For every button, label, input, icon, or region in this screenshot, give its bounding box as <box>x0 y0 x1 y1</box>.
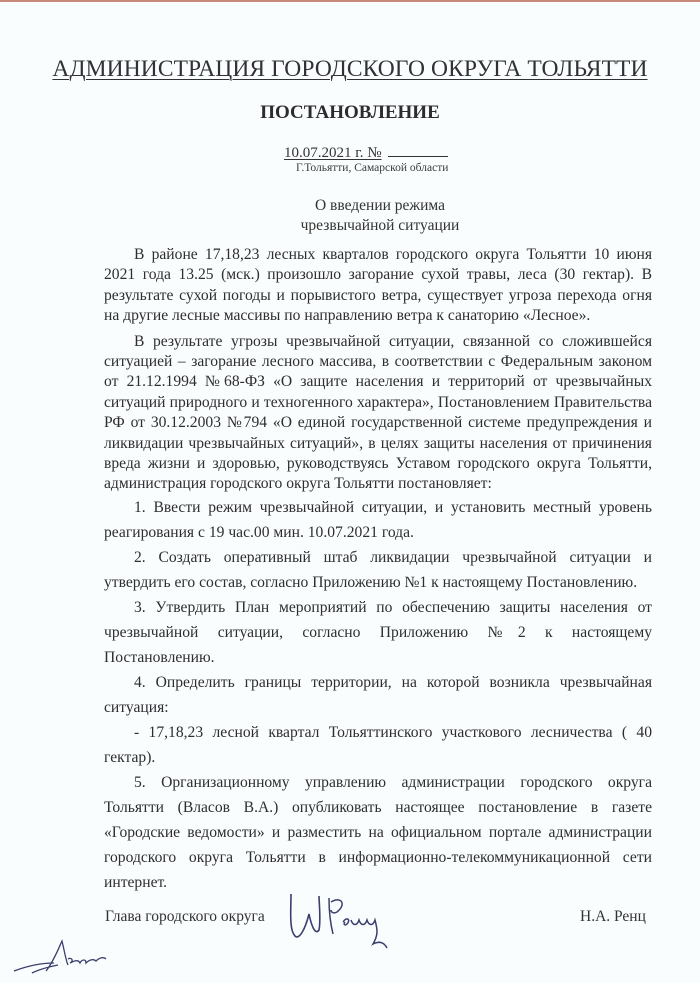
order-item-4-territory: - 17,18,23 лесной квартал Тольяттинского… <box>104 720 652 770</box>
order-item-2: 2. Создать оперативный штаб ликвидации ч… <box>104 545 652 595</box>
order-item-1: 1. Ввести режим чрезвычайной ситуации, и… <box>104 495 652 545</box>
document-number-blank <box>388 144 448 157</box>
order-item-4: 4. Определить границы территории, на кот… <box>104 670 652 720</box>
paragraph-legal-basis: В результате угрозы чрезвычайной ситуаци… <box>104 332 652 495</box>
paragraph-incident: В районе 17,18,23 лесных кварталов город… <box>104 245 652 327</box>
document-body: В районе 17,18,23 лесных кварталов город… <box>104 245 652 895</box>
document-page: АДМИНИСТРАЦИЯ ГОРОДСКОГО ОКРУГА ТОЛЬЯТТИ… <box>0 0 700 983</box>
order-item-5: 5. Организационному управлению администр… <box>104 770 652 895</box>
document-date: 10.07.2021 г. № <box>284 145 382 161</box>
signatory-title: Глава городского округа <box>105 908 265 926</box>
document-city: Г.Тольятти, Самарской области <box>296 162 448 174</box>
document-type-title: ПОСТАНОВЛЕНИЕ <box>0 102 700 124</box>
organization-header: АДМИНИСТРАЦИЯ ГОРОДСКОГО ОКРУГА ТОЛЬЯТТИ <box>0 56 700 83</box>
subject-line-1: О введении режима <box>0 196 700 216</box>
subject-line-2: чрезвычайной ситуации <box>0 216 700 236</box>
signature-icon <box>285 890 405 954</box>
order-item-3: 3. Утвердить План мероприятий по обеспеч… <box>104 595 652 670</box>
initials-signature-icon <box>10 935 130 980</box>
document-subject: О введении режима чрезвычайной ситуации <box>0 196 700 236</box>
scan-top-edge <box>0 0 700 2</box>
date-number-line: 10.07.2021 г. № <box>284 144 448 162</box>
signatory-name: Н.А. Ренц <box>580 908 646 926</box>
